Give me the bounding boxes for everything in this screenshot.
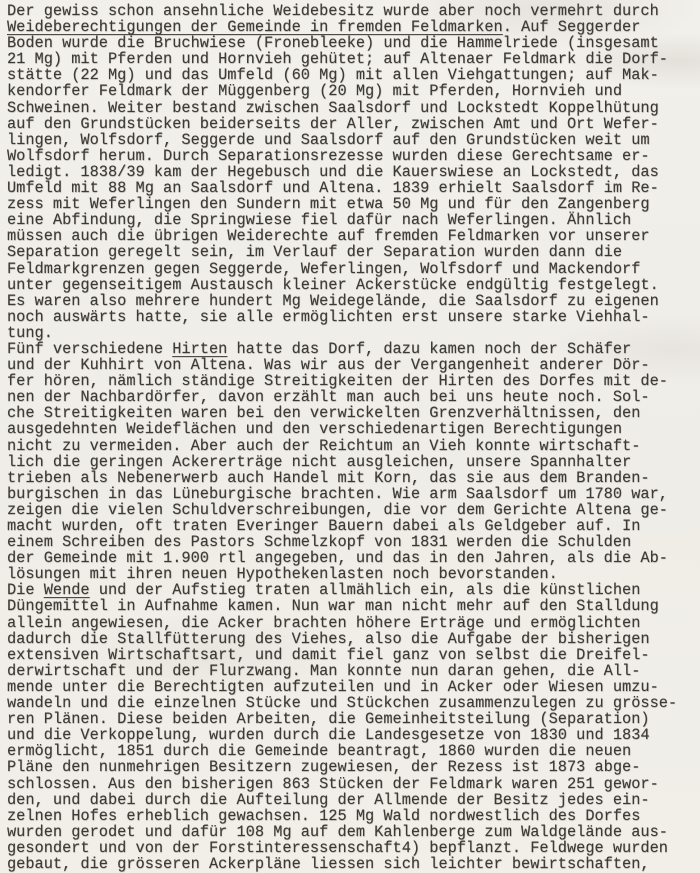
text-segment: gebaut, die grösseren Ackerpläne liessen…: [7, 855, 650, 873]
text-line: Schweinen. Weiter bestand zwischen Saals…: [7, 100, 698, 116]
text-line: den, und dabei durch die Aufteilung der …: [7, 792, 698, 808]
text-line: Der gewiss schon ansehnliche Weidebesitz…: [7, 3, 698, 19]
text-line: mende unter die Berechtigten aufzuteilen…: [7, 679, 698, 695]
text-line: gesondert und von der Forstinteressensch…: [7, 840, 698, 856]
text-line: und der Kuhhirt von Altena. Was wir aus …: [7, 357, 698, 373]
text-line: nicht zu vermeiden. Aber auch der Reicht…: [7, 438, 698, 454]
text-line: extensiven Wirtschaftsart, und damit fie…: [7, 647, 698, 663]
text-line: ausgedehnten Weideflächen und den versch…: [7, 421, 698, 437]
typewritten-page: Der gewiss schon ansehnliche Weidebesitz…: [7, 3, 698, 872]
text-line: Umfeld mit 88 Mg an Saalsdorf und Altena…: [7, 180, 698, 196]
text-line: wandeln und die einzelnen Stücke und Stü…: [7, 695, 698, 711]
text-line: Die Wende und der Aufstieg traten allmäh…: [7, 582, 698, 598]
text-line: Feldmarkgrenzen gegen Seggerde, Weferlin…: [7, 261, 698, 277]
text-line: kendorfer Feldmark der Müggenberg (20 Mg…: [7, 83, 698, 99]
text-line: der Gemeinde mit 1.900 rtl angegeben, un…: [7, 550, 698, 566]
text-line: trieben als Nebenerwerb auch Handel mit …: [7, 470, 698, 486]
text-line: che Streitigkeiten waren bei den verwick…: [7, 405, 698, 421]
text-line: nen der Nachbardörfer, davon erzählt man…: [7, 389, 698, 405]
text-line: müssen auch die übrigen Weiderechte auf …: [7, 228, 698, 244]
text-line: eine Abfindung, die Springwiese fiel daf…: [7, 212, 698, 228]
text-line: einem Schreiben des Pastors Schmelzkopf …: [7, 534, 698, 550]
text-line: auf den Grundstücken beiderseits der All…: [7, 116, 698, 132]
text-line: wurden gerodet und dafür 108 Mg auf dem …: [7, 824, 698, 840]
text-line: Düngemittel in Aufnahme kamen. Nun war m…: [7, 598, 698, 614]
text-line: und die Verkoppelung, wurden durch die L…: [7, 727, 698, 743]
text-line: lich die geringen Ackererträge nicht aus…: [7, 454, 698, 470]
text-line: schlossen. Aus den bisherigen 863 Stücke…: [7, 776, 698, 792]
text-line: noch auswärts hatte, sie alle ermöglicht…: [7, 309, 698, 325]
text-line: ren Plänen. Diese beiden Arbeiten, die G…: [7, 711, 698, 727]
text-line: Boden wurde die Bruchwiese (Fronebleeke)…: [7, 35, 698, 51]
text-line: lösungen mit ihren neuen Hypothekenlaste…: [7, 566, 698, 582]
text-line: unter gegenseitigem Austausch kleiner Ac…: [7, 277, 698, 293]
text-line: derwirtschaft und der Flurzwang. Man kon…: [7, 663, 698, 679]
text-line: Pläne den nunmehrigen Besitzern zugewies…: [7, 759, 698, 775]
text-line: Es waren also mehrere hundert Mg Weidege…: [7, 293, 698, 309]
text-line: gebaut, die grösseren Ackerpläne liessen…: [7, 856, 698, 872]
text-line: zess mit Weferlingen den Sundern mit etw…: [7, 196, 698, 212]
text-line: Wolfsdorf herum. Durch Separationsrezess…: [7, 148, 698, 164]
text-line: fer hören, nämlich ständige Streitigkeit…: [7, 373, 698, 389]
text-line: zelnen Hofes erheblich gewachsen. 125 Mg…: [7, 808, 698, 824]
text-line: burgischen in das Lüneburgische brachten…: [7, 486, 698, 502]
text-line: zeigen die vielen Schuldverschreibungen,…: [7, 502, 698, 518]
text-line: dadurch die Stallfütterung des Viehes, a…: [7, 631, 698, 647]
text-line: ermöglicht, 1851 durch die Gemeinde bean…: [7, 743, 698, 759]
text-line: Weideberechtigungen der Gemeinde in frem…: [7, 19, 698, 35]
text-line: macht wurden, oft traten Everinger Bauer…: [7, 518, 698, 534]
text-line: Fünf verschiedene Hirten hatte das Dorf,…: [7, 341, 698, 357]
text-line: Separation geregelt sein, im Verlauf der…: [7, 244, 698, 260]
text-line: ledigt. 1838/39 kam der Hegebusch und di…: [7, 164, 698, 180]
text-line: allein angewiesen, die Acker brachten hö…: [7, 615, 698, 631]
text-line: lingen, Wolfsdorf, Seggerde und Saalsdor…: [7, 132, 698, 148]
text-line: stätte (22 Mg) und das Umfeld (60 Mg) mi…: [7, 67, 698, 83]
text-line: tung.: [7, 325, 698, 341]
text-segment: noch auswärts hatte, sie alle ermöglicht…: [7, 308, 650, 326]
text-line: 21 Mg) mit Pferden und Hornvieh gehütet;…: [7, 51, 698, 67]
